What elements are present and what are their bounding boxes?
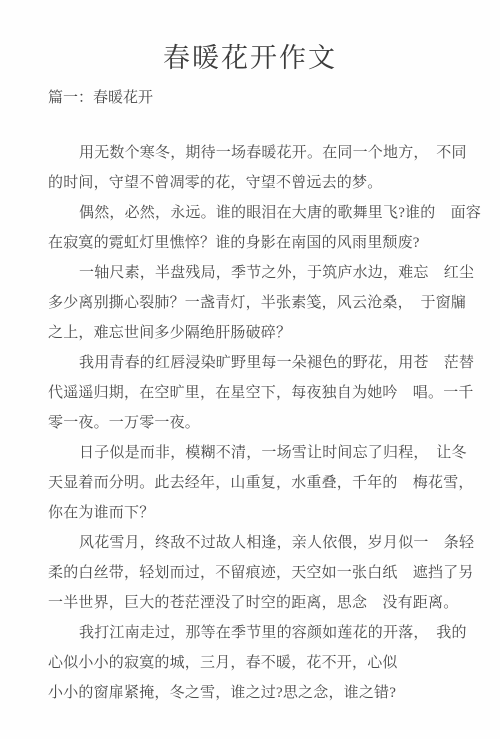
text-line: 风花雪月，终敌不过故人相逢，亲人依偎，岁月似一 条轻 — [48, 528, 470, 558]
text-line: 代遥遥归期，在空旷里，在星空下，每夜独自为她吟 唱。一千 — [48, 378, 470, 408]
text-line: 你在为谁而下？ — [48, 498, 470, 528]
text-line: 之上，难忘世间多少隔绝肝肠破碎？ — [48, 318, 470, 348]
text-line: 我用青春的红唇浸染旷野里每一朵褪色的野花，用苍 茫替 — [48, 348, 470, 378]
text-line: 柔的白丝带，轻划而过，不留痕迹，天空如一张白纸 遮挡了另 — [48, 558, 470, 588]
text-line: 心似小小的寂寞的城，三月，春不暖，花不开，心似 — [48, 648, 470, 678]
text-line: 用无数个寒冬，期待一场春暖花开。在同一个地方， 不同 — [48, 138, 470, 168]
text-line: 天显着而分明。此去经年，山重复，水重叠，千年的 梅花雪， — [48, 468, 470, 498]
text-line: 小小的窗扉紧掩，冬之雪，谁之过?思之念，谁之错? — [48, 678, 470, 708]
text-line: 在寂寞的霓虹灯里憔悴？谁的身影在南国的风雨里颓废? — [48, 228, 470, 258]
text-line: 日子似是而非，模糊不清，一场雪让时间忘了归程， 让冬 — [48, 438, 470, 468]
document-page: 春暖花开作文 篇一：春暖花开 用无数个寒冬，期待一场春暖花开。在同一个地方， 不… — [0, 0, 500, 739]
text-line: 一轴尺素，半盘残局，季节之外，于筑庐水边，难忘 红尘 — [48, 258, 470, 288]
text-line: 一半世界，巨大的苍茫湮没了时空的距离，思念 没有距离。 — [48, 588, 470, 618]
text-line: 偶然，必然，永远。谁的眼泪在大唐的歌舞里飞?谁的 面容 — [48, 198, 470, 228]
document-title: 春暖花开作文 — [0, 0, 500, 74]
section-heading: 篇一：春暖花开 — [48, 88, 500, 108]
text-line: 的时间，守望不曾凋零的花，守望不曾远去的梦。 — [48, 168, 470, 198]
document-body: 用无数个寒冬，期待一场春暖花开。在同一个地方， 不同的时间，守望不曾凋零的花，守… — [48, 138, 470, 708]
text-line: 多少离别撕心裂肺？一盏青灯，半张素笺，风云沧桑， 于窗牖 — [48, 288, 470, 318]
text-line: 零一夜。一万零一夜。 — [48, 408, 470, 438]
text-line: 我打江南走过，那等在季节里的容颜如莲花的开落， 我的 — [48, 618, 470, 648]
